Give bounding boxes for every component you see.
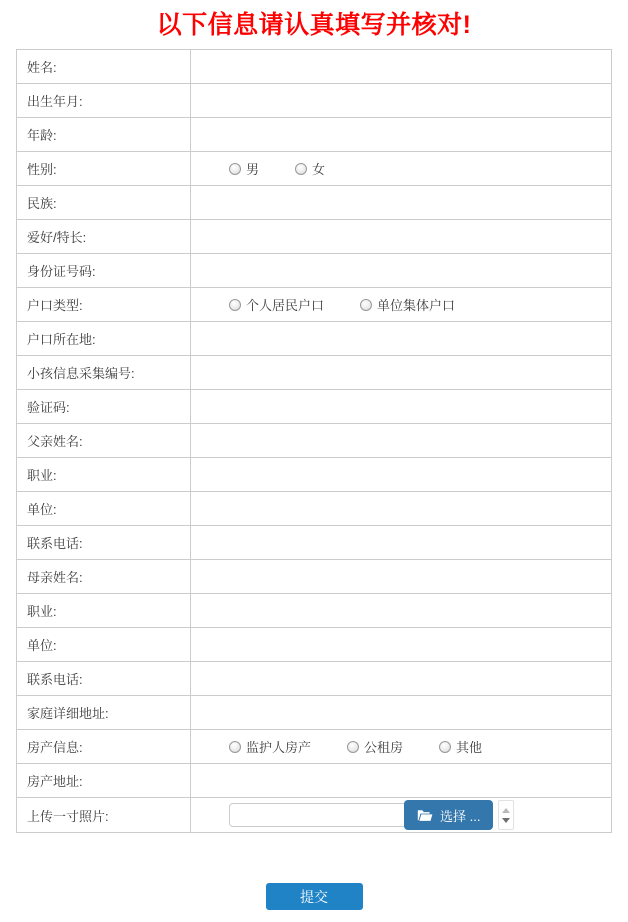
field-value-upload-photo: 选择 ...: [191, 798, 612, 833]
other-radio[interactable]: [439, 741, 451, 753]
field-label-age: 年龄:: [17, 118, 191, 152]
field-label-child-info-collection-number: 小孩信息采集编号:: [17, 356, 191, 390]
table-row: 户口类型:个人居民户口单位集体户口: [17, 288, 612, 322]
household-type-option-unit-collective: 单位集体户口: [360, 295, 455, 314]
table-row: 房产地址:: [17, 764, 612, 798]
field-value-ethnicity: [191, 186, 612, 220]
field-label-birth-date: 出生年月:: [17, 84, 191, 118]
field-value-name: [191, 50, 612, 84]
field-value-father-occupation: [191, 458, 612, 492]
field-label-household-type: 户口类型:: [17, 288, 191, 322]
other-radio-label: 其他: [456, 737, 482, 756]
field-value-age: [191, 118, 612, 152]
field-label-property-info: 房产信息:: [17, 730, 191, 764]
field-label-name: 姓名:: [17, 50, 191, 84]
field-value-household-location: [191, 322, 612, 356]
verification-code-input[interactable]: [229, 394, 596, 420]
father-occupation-input[interactable]: [229, 462, 596, 488]
field-value-home-address: [191, 696, 612, 730]
mother-occupation-input[interactable]: [229, 598, 596, 624]
mother-phone-input[interactable]: [229, 666, 596, 692]
public-rental-radio[interactable]: [347, 741, 359, 753]
table-row: 验证码:: [17, 390, 612, 424]
table-row: 单位:: [17, 628, 612, 662]
gender-option-male: 男: [229, 159, 259, 178]
field-label-father-occupation: 职业:: [17, 458, 191, 492]
unit-collective-radio-label: 单位集体户口: [377, 295, 455, 314]
field-label-property-address: 房产地址:: [17, 764, 191, 798]
submit-row: 提交: [0, 883, 628, 914]
personal-resident-radio[interactable]: [229, 299, 241, 311]
table-row: 身份证号码:: [17, 254, 612, 288]
guardian-property-radio[interactable]: [229, 741, 241, 753]
property-info-option-other: 其他: [439, 737, 482, 756]
choose-file-button-label: 选择 ...: [440, 806, 480, 825]
file-spinner: [498, 800, 514, 830]
table-row: 上传一寸照片:选择 ...: [17, 798, 612, 833]
property-info-option-guardian-property: 监护人房产: [229, 737, 311, 756]
field-value-gender: 男女: [191, 152, 612, 186]
field-label-hobbies-specialties: 爱好/特长:: [17, 220, 191, 254]
field-label-mother-employer: 单位:: [17, 628, 191, 662]
personal-resident-radio-label: 个人居民户口: [246, 295, 324, 314]
field-label-father-phone: 联系电话:: [17, 526, 191, 560]
guardian-property-radio-label: 监护人房产: [246, 737, 311, 756]
table-row: 房产信息:监护人房产公租房其他: [17, 730, 612, 764]
mother-employer-input[interactable]: [229, 632, 596, 658]
id-number-input[interactable]: [229, 258, 596, 284]
field-label-mother-occupation: 职业:: [17, 594, 191, 628]
form-table-body: 姓名:出生年月:年龄:性别:男女民族:爱好/特长:身份证号码:户口类型:个人居民…: [17, 50, 612, 833]
field-label-id-number: 身份证号码:: [17, 254, 191, 288]
table-row: 职业:: [17, 594, 612, 628]
table-row: 爱好/特长:: [17, 220, 612, 254]
field-label-verification-code: 验证码:: [17, 390, 191, 424]
father-phone-input[interactable]: [229, 530, 596, 556]
hobbies-specialties-input[interactable]: [229, 224, 596, 250]
field-value-birth-date: [191, 84, 612, 118]
field-value-father-employer: [191, 492, 612, 526]
table-row: 联系电话:: [17, 662, 612, 696]
unit-collective-radio[interactable]: [360, 299, 372, 311]
table-row: 父亲姓名:: [17, 424, 612, 458]
male-radio-label: 男: [246, 159, 259, 178]
field-label-upload-photo: 上传一寸照片:: [17, 798, 191, 833]
info-form-table: 姓名:出生年月:年龄:性别:男女民族:爱好/特长:身份证号码:户口类型:个人居民…: [16, 49, 612, 833]
folder-open-icon: [417, 809, 433, 822]
field-value-father-name: [191, 424, 612, 458]
property-info-option-public-rental: 公租房: [347, 737, 403, 756]
field-label-household-location: 户口所在地:: [17, 322, 191, 356]
female-radio[interactable]: [295, 163, 307, 175]
table-row: 姓名:: [17, 50, 612, 84]
field-label-mother-phone: 联系电话:: [17, 662, 191, 696]
father-name-input[interactable]: [229, 428, 596, 454]
spinner-down-icon[interactable]: [502, 818, 510, 823]
submit-button[interactable]: 提交: [266, 883, 363, 910]
field-value-verification-code: [191, 390, 612, 424]
ethnicity-input[interactable]: [229, 190, 596, 216]
table-row: 联系电话:: [17, 526, 612, 560]
gender-option-female: 女: [295, 159, 325, 178]
field-value-property-info: 监护人房产公租房其他: [191, 730, 612, 764]
table-row: 年龄:: [17, 118, 612, 152]
field-value-mother-occupation: [191, 594, 612, 628]
table-row: 出生年月:: [17, 84, 612, 118]
table-row: 单位:: [17, 492, 612, 526]
female-radio-label: 女: [312, 159, 325, 178]
field-value-father-phone: [191, 526, 612, 560]
field-label-father-name: 父亲姓名:: [17, 424, 191, 458]
home-address-input[interactable]: [229, 700, 596, 726]
age-input[interactable]: [229, 122, 596, 148]
photo-filename-input[interactable]: [229, 803, 405, 827]
child-info-collection-number-input[interactable]: [229, 360, 596, 386]
file-upload-widget: 选择 ...: [229, 798, 514, 832]
household-type-option-personal-resident: 个人居民户口: [229, 295, 324, 314]
field-label-gender: 性别:: [17, 152, 191, 186]
table-row: 小孩信息采集编号:: [17, 356, 612, 390]
table-row: 母亲姓名:: [17, 560, 612, 594]
field-value-property-address: [191, 764, 612, 798]
field-value-mother-name: [191, 560, 612, 594]
mother-name-input[interactable]: [229, 564, 596, 590]
field-value-mother-employer: [191, 628, 612, 662]
spinner-up-icon[interactable]: [502, 808, 510, 813]
table-row: 户口所在地:: [17, 322, 612, 356]
male-radio[interactable]: [229, 163, 241, 175]
page-title: 以下信息请认真填写并核对!: [0, 5, 628, 41]
choose-file-button[interactable]: 选择 ...: [404, 800, 493, 830]
property-address-input[interactable]: [229, 768, 596, 794]
field-label-father-employer: 单位:: [17, 492, 191, 526]
table-row: 家庭详细地址:: [17, 696, 612, 730]
field-value-mother-phone: [191, 662, 612, 696]
birth-date-input[interactable]: [229, 88, 596, 114]
name-input[interactable]: [229, 54, 596, 80]
table-row: 性别:男女: [17, 152, 612, 186]
table-row: 民族:: [17, 186, 612, 220]
public-rental-radio-label: 公租房: [364, 737, 403, 756]
field-value-id-number: [191, 254, 612, 288]
field-label-ethnicity: 民族:: [17, 186, 191, 220]
field-label-home-address: 家庭详细地址:: [17, 696, 191, 730]
household-location-input[interactable]: [229, 326, 596, 352]
field-label-mother-name: 母亲姓名:: [17, 560, 191, 594]
father-employer-input[interactable]: [229, 496, 596, 522]
field-value-household-type: 个人居民户口单位集体户口: [191, 288, 612, 322]
field-value-child-info-collection-number: [191, 356, 612, 390]
field-value-hobbies-specialties: [191, 220, 612, 254]
table-row: 职业:: [17, 458, 612, 492]
